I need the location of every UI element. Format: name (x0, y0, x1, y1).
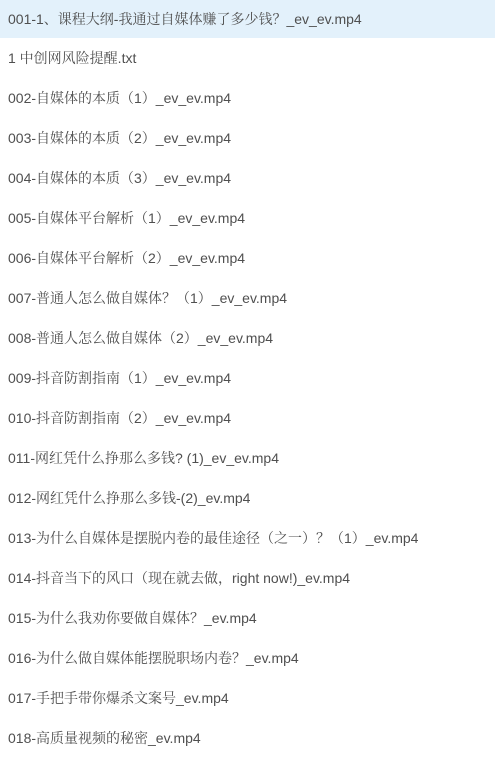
file-name: 018-高质量视频的秘密_ev.mp4 (8, 728, 201, 748)
file-name: 006-自媒体平台解析（2）_ev_ev.mp4 (8, 248, 245, 268)
file-name: 014-抖音当下的风口（现在就去做，right now!)_ev.mp4 (8, 568, 350, 588)
file-name: 016-为什么做自媒体能摆脱职场内卷？_ev.mp4 (8, 648, 299, 668)
list-item[interactable]: 009-抖音防割指南（1）_ev_ev.mp4 (0, 358, 495, 398)
list-item[interactable]: 012-网红凭什么挣那么多钱-(2)_ev.mp4 (0, 478, 495, 518)
list-item[interactable]: 007-普通人怎么做自媒体？（1）_ev_ev.mp4 (0, 278, 495, 318)
file-name: 003-自媒体的本质（2）_ev_ev.mp4 (8, 128, 231, 148)
file-name: 1 中创网风险提醒.txt (8, 48, 136, 68)
file-name: 009-抖音防割指南（1）_ev_ev.mp4 (8, 368, 231, 388)
file-name: 012-网红凭什么挣那么多钱-(2)_ev.mp4 (8, 488, 250, 508)
list-item[interactable]: 004-自媒体的本质（3）_ev_ev.mp4 (0, 158, 495, 198)
list-item-selected[interactable]: 001-1、课程大纲-我通过自媒体赚了多少钱？_ev_ev.mp4 (0, 0, 495, 38)
list-item[interactable]: 015-为什么我劝你要做自媒体？_ev.mp4 (0, 598, 495, 638)
list-item[interactable]: 018-高质量视频的秘密_ev.mp4 (0, 718, 495, 758)
file-name: 010-抖音防割指南（2）_ev_ev.mp4 (8, 408, 231, 428)
list-item[interactable]: 011-网红凭什么挣那么多钱? (1)_ev_ev.mp4 (0, 438, 495, 478)
list-item[interactable]: 003-自媒体的本质（2）_ev_ev.mp4 (0, 118, 495, 158)
list-item[interactable]: 002-自媒体的本质（1）_ev_ev.mp4 (0, 78, 495, 118)
file-name: 005-自媒体平台解析（1）_ev_ev.mp4 (8, 208, 245, 228)
list-item[interactable]: 017-手把手带你爆杀文案号_ev.mp4 (0, 678, 495, 718)
file-name: 007-普通人怎么做自媒体？（1）_ev_ev.mp4 (8, 288, 287, 308)
file-name: 011-网红凭什么挣那么多钱? (1)_ev_ev.mp4 (8, 448, 279, 468)
list-item[interactable]: 008-普通人怎么做自媒体（2）_ev_ev.mp4 (0, 318, 495, 358)
file-name: 001-1、课程大纲-我通过自媒体赚了多少钱？_ev_ev.mp4 (8, 9, 362, 29)
file-name: 017-手把手带你爆杀文案号_ev.mp4 (8, 688, 229, 708)
list-item[interactable]: 006-自媒体平台解析（2）_ev_ev.mp4 (0, 238, 495, 278)
list-item[interactable]: 016-为什么做自媒体能摆脱职场内卷？_ev.mp4 (0, 638, 495, 678)
file-name: 004-自媒体的本质（3）_ev_ev.mp4 (8, 168, 231, 188)
file-list: 001-1、课程大纲-我通过自媒体赚了多少钱？_ev_ev.mp4 1 中创网风… (0, 0, 495, 758)
list-item[interactable]: 014-抖音当下的风口（现在就去做，right now!)_ev.mp4 (0, 558, 495, 598)
file-name: 002-自媒体的本质（1）_ev_ev.mp4 (8, 88, 231, 108)
file-name: 008-普通人怎么做自媒体（2）_ev_ev.mp4 (8, 328, 273, 348)
list-item[interactable]: 1 中创网风险提醒.txt (0, 38, 495, 78)
list-item[interactable]: 013-为什么自媒体是摆脱内卷的最佳途径（之一）？（1）_ev.mp4 (0, 518, 495, 558)
list-item[interactable]: 005-自媒体平台解析（1）_ev_ev.mp4 (0, 198, 495, 238)
file-name: 015-为什么我劝你要做自媒体？_ev.mp4 (8, 608, 257, 628)
list-item[interactable]: 010-抖音防割指南（2）_ev_ev.mp4 (0, 398, 495, 438)
file-name: 013-为什么自媒体是摆脱内卷的最佳途径（之一）？（1）_ev.mp4 (8, 528, 418, 548)
